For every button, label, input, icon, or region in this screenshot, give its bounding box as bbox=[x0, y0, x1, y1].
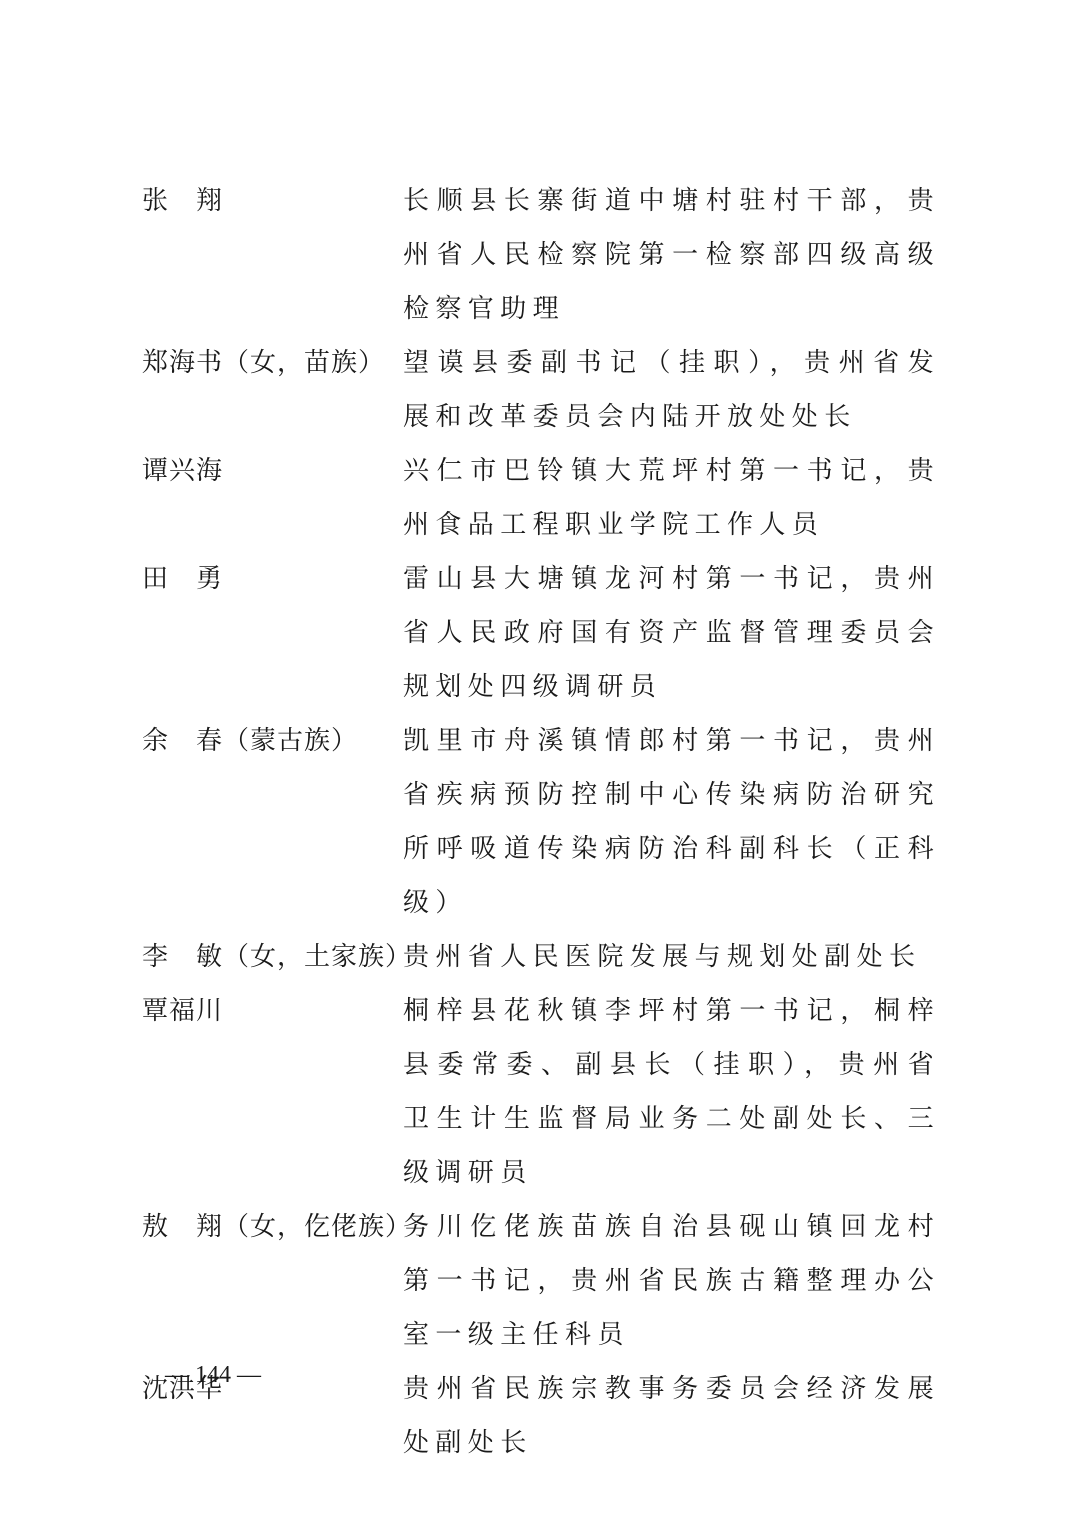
person-description: 贵州省人民医院发展与规划处副处长 bbox=[403, 930, 940, 984]
list-item: 沈洪华 贵州省民族宗教事务委员会经济发展处副处长 bbox=[142, 1362, 942, 1470]
person-name: 覃福川 bbox=[142, 984, 403, 1038]
list-item: 郑海书（女，苗族） 望谟县委副书记（挂职），贵州省发展和改革委员会内陆开放处处长 bbox=[142, 336, 942, 444]
person-description: 桐梓县花秋镇李坪村第一书记，桐梓县委常委、副县长（挂职），贵州省卫生计生监督局业… bbox=[403, 984, 940, 1200]
person-name: 李 敏（女，土家族） bbox=[142, 930, 403, 984]
list-item: 覃福川 桐梓县花秋镇李坪村第一书记，桐梓县委常委、副县长（挂职），贵州省卫生计生… bbox=[142, 984, 942, 1200]
person-description: 兴仁市巴铃镇大荒坪村第一书记，贵州食品工程职业学院工作人员 bbox=[403, 444, 940, 552]
list-item: 李 敏（女，土家族） 贵州省人民医院发展与规划处副处长 bbox=[142, 930, 942, 984]
person-description: 雷山县大塘镇龙河村第一书记，贵州省人民政府国有资产监督管理委员会规划处四级调研员 bbox=[403, 552, 940, 714]
list-item: 张 翔 长顺县长寨街道中塘村驻村干部，贵州省人民检察院第一检察部四级高级检察官助… bbox=[142, 174, 942, 336]
list-item: 田 勇 雷山县大塘镇龙河村第一书记，贵州省人民政府国有资产监督管理委员会规划处四… bbox=[142, 552, 942, 714]
person-description: 长顺县长寨街道中塘村驻村干部，贵州省人民检察院第一检察部四级高级检察官助理 bbox=[403, 174, 940, 336]
person-name: 敖 翔（女，仡佬族） bbox=[142, 1200, 403, 1254]
person-description: 望谟县委副书记（挂职），贵州省发展和改革委员会内陆开放处处长 bbox=[403, 336, 940, 444]
list-item: 余 春（蒙古族） 凯里市舟溪镇情郎村第一书记，贵州省疾病预防控制中心传染病防治研… bbox=[142, 714, 942, 930]
list-item: 谭兴海 兴仁市巴铃镇大荒坪村第一书记，贵州食品工程职业学院工作人员 bbox=[142, 444, 942, 552]
person-name: 张 翔 bbox=[142, 174, 403, 228]
list-item: 敖 翔（女，仡佬族） 务川仡佬族苗族自治县砚山镇回龙村第一书记，贵州省民族古籍整… bbox=[142, 1200, 942, 1362]
document-page: 张 翔 长顺县长寨街道中塘村驻村干部，贵州省人民检察院第一检察部四级高级检察官助… bbox=[0, 0, 1080, 1527]
person-name: 田 勇 bbox=[142, 552, 403, 606]
name-list: 张 翔 长顺县长寨街道中塘村驻村干部，贵州省人民检察院第一检察部四级高级检察官助… bbox=[142, 174, 942, 1470]
person-name: 余 春（蒙古族） bbox=[142, 714, 403, 768]
person-description: 务川仡佬族苗族自治县砚山镇回龙村第一书记，贵州省民族古籍整理办公室一级主任科员 bbox=[403, 1200, 940, 1362]
page-number: — 144 — bbox=[165, 1357, 261, 1393]
person-description: 贵州省民族宗教事务委员会经济发展处副处长 bbox=[403, 1362, 940, 1470]
person-description: 凯里市舟溪镇情郎村第一书记，贵州省疾病预防控制中心传染病防治研究所呼吸道传染病防… bbox=[403, 714, 940, 930]
person-name: 郑海书（女，苗族） bbox=[142, 336, 403, 390]
person-name: 谭兴海 bbox=[142, 444, 403, 498]
